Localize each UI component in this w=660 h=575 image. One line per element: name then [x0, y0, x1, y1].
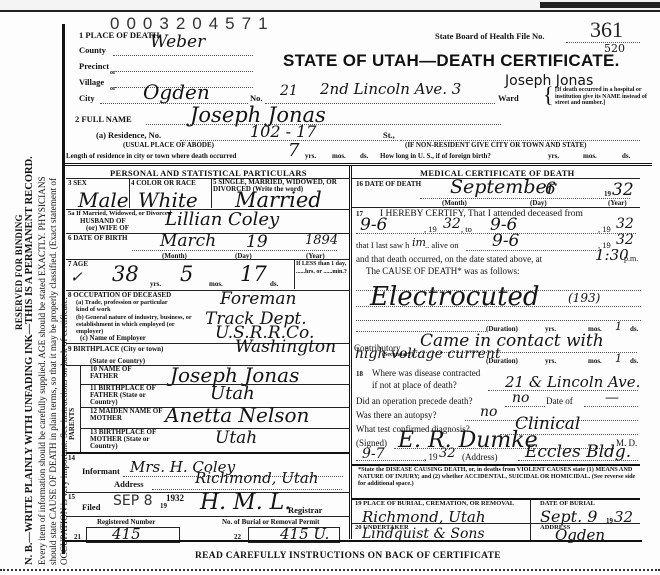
us-ds-label: ds. — [622, 152, 630, 160]
margin-warning-text: N. B.—WRITE PLAINLY WITH UNFADING INK—TH… — [24, 156, 35, 565]
last-saw-him[interactable]: im — [412, 236, 426, 249]
duration-ds-value-1[interactable]: 1 — [615, 320, 622, 333]
age-yrs-label: yrs. — [150, 280, 161, 288]
birthplace-sub-label: (State or Country) — [90, 357, 145, 365]
sign-year[interactable]: 32 — [439, 446, 456, 461]
length-years-value[interactable]: 7 — [288, 140, 299, 161]
sex-label: 3 SEX — [68, 179, 87, 187]
birthplace-label: 9 BIRTHPLACE (City or town) — [68, 345, 163, 353]
dob-month[interactable]: March — [160, 231, 216, 251]
race-label: 4 COLOR OR RACE — [131, 179, 196, 187]
alive-on-date[interactable]: 9-6 — [492, 231, 519, 251]
duration-mos-2: mos. — [588, 357, 602, 365]
street-value[interactable]: 2nd Lincoln Ave. 3 — [320, 80, 461, 98]
scan-top-edge — [0, 0, 660, 12]
section-divider — [62, 163, 652, 166]
rule — [294, 259, 295, 289]
length-yrs-label: yrs. — [305, 152, 316, 160]
rule — [66, 516, 349, 517]
cause-line-3 — [356, 320, 641, 321]
attend-to-year[interactable]: 32 — [616, 216, 634, 232]
mother-birthplace-label: 13 BIRTHPLACE OF MOTHER (State or Countr… — [90, 429, 170, 450]
street-label: St., — [383, 130, 395, 140]
age-years[interactable]: 38 — [112, 262, 139, 286]
filed-label: Filed — [82, 502, 100, 512]
cause-label: The CAUSE OF DEATH* was as follows: — [366, 266, 520, 276]
or-1: or — [110, 70, 116, 76]
age-label: 7 AGE — [68, 260, 88, 268]
county-line — [113, 55, 253, 56]
spouse-label-3: (or) WIFE OF — [86, 224, 129, 232]
informant-num: 14 — [68, 454, 75, 462]
contributory-value-2[interactable]: high voltage current — [355, 346, 501, 362]
rule — [530, 498, 531, 540]
attend-to-year-prefix: , 19 — [598, 224, 611, 234]
dob-year[interactable]: 1894 — [305, 233, 338, 248]
alive-on-label: .. alive on — [425, 240, 459, 250]
certificate-title: STATE OF UTAH—DEATH CERTIFICATE. — [283, 51, 620, 71]
filed-num: 15 — [68, 493, 75, 501]
hospital-note: [If death occurred in a hospital or inst… — [555, 87, 647, 107]
mother-birthplace-value[interactable]: Utah — [215, 428, 257, 448]
occupation-a-label: (a) Trade, profession or particular kind… — [76, 299, 176, 313]
operation-line — [505, 406, 545, 407]
attend-from-year-prefix: , 19 — [424, 224, 437, 234]
brace: { — [543, 82, 554, 108]
death-certificate-page: RESERVED FOR BINDING N. B.—WRITE PLAINLY… — [0, 0, 660, 575]
us-yrs-label: yrs. — [548, 152, 559, 160]
nonresident-label: (IF NON-RESIDENT GIVE CITY OR TOWN AND S… — [405, 141, 586, 149]
autopsy-label: Was there an autopsy? — [356, 410, 437, 420]
footnote: *State the DISEASE CAUSING DEATH, or, in… — [358, 466, 641, 487]
county-label: County — [79, 45, 106, 55]
registrar-label: Registrar — [288, 505, 322, 515]
age-ds-label: ds. — [270, 280, 278, 288]
contracted-label-2: if not at place of death? — [372, 380, 457, 390]
filed-stamp: SEP 8 — [113, 493, 153, 509]
street-no-value[interactable]: 21 — [280, 83, 298, 99]
full-name-label: 2 FULL NAME — [75, 114, 132, 124]
date-of-label: Date of — [546, 396, 573, 406]
ward-label: Ward — [498, 93, 519, 103]
city-label: City — [79, 93, 95, 103]
cause-code: (193) — [568, 291, 600, 305]
or-2: or — [110, 86, 116, 92]
age-months[interactable]: 5 — [180, 262, 193, 286]
date-of-death-year[interactable]: 32 — [612, 180, 634, 200]
death-year-caption: (Year) — [608, 199, 627, 207]
attend-from-year[interactable]: 32 — [443, 216, 461, 232]
duration-label-2: (Duration) — [486, 357, 518, 365]
occupation-c-label: (c) Name of Employer — [80, 334, 146, 342]
us-label: How long in U. S., if of foreign birth? — [380, 152, 491, 160]
father-birthplace-label: 11 BIRTHPLACE OF FATHER (State or Countr… — [90, 385, 170, 406]
informant-address-label: Address — [114, 479, 144, 489]
signed-value[interactable]: E. R. Dumke — [398, 428, 538, 453]
occurred-meridiem: p.m. — [624, 254, 638, 263]
operation-value[interactable]: no — [512, 390, 529, 406]
death-month-caption: (Month) — [442, 199, 467, 207]
autopsy-value[interactable]: no — [480, 404, 497, 420]
date-of-death-day[interactable]: 6 — [545, 179, 556, 199]
rule — [66, 452, 349, 454]
age-check: ✓ — [70, 268, 83, 286]
father-label: 10 NAME OF FATHER — [90, 366, 146, 380]
file-no-value: 361 — [590, 17, 623, 43]
usual-abode-label: (USUAL PLACE OF ABODE) — [123, 141, 214, 149]
less-than-label: If LESS than 1 day, ......hrs. or ......… — [296, 260, 350, 276]
date-of-death-label: 16 DATE OF DEATH — [356, 180, 421, 188]
village-label: Village — [79, 77, 104, 87]
rule — [62, 540, 642, 542]
personal-heading: PERSONAL AND STATISTICAL PARTICULARS — [110, 168, 307, 178]
duration-ds-value-2[interactable]: 1 — [615, 352, 622, 365]
margin-instructions-1: Every item of information should be care… — [37, 176, 47, 565]
spouse-label-1: 5a If Married, Widowed, or Divorced — [68, 210, 171, 217]
occupation-a-value[interactable]: Foreman — [220, 289, 297, 309]
occupation-b-label: (b) General nature of industry, business… — [76, 314, 200, 335]
filed-year: 1932 — [166, 493, 184, 503]
date-of-value[interactable]: — — [605, 390, 619, 406]
length-ds-label: ds. — [360, 152, 368, 160]
rule — [352, 207, 640, 208]
informant-label: Informant — [82, 466, 120, 476]
contracted-label-1: Where was disease contracted — [372, 368, 480, 378]
occurred-label: and that death occurred, on the date sta… — [356, 254, 542, 264]
footer-instructions: READ CAREFULLY INSTRUCTIONS ON BACK OF C… — [195, 551, 501, 561]
mother-label: 12 MAIDEN NAME OF MOTHER — [90, 408, 170, 422]
attend-to-label: , to — [461, 224, 472, 234]
sign-date[interactable]: 9-7 — [362, 446, 385, 462]
father-birthplace-value[interactable]: Utah — [210, 383, 255, 404]
cause-value[interactable]: Electrocuted — [370, 282, 540, 312]
length-mos-label: mos. — [332, 152, 346, 160]
sign-address-value[interactable]: Eccles Bldg. — [525, 442, 631, 462]
residence-label: (a) Residence, No. — [96, 130, 161, 140]
dob-label: 6 DATE OF BIRTH — [68, 234, 127, 242]
length-residence-label: Length of residence in city or town wher… — [66, 152, 236, 160]
occupation-heading: 8 OCCUPATION OF DECEASED — [68, 291, 171, 299]
rule — [129, 178, 130, 208]
date-of-death-month[interactable]: September — [450, 176, 556, 198]
residence-value[interactable]: 102 - 17 — [250, 122, 316, 141]
burial-date-label: DATE OF BURIAL — [540, 500, 595, 507]
contracted-num: 18 — [356, 370, 363, 378]
rule — [80, 365, 81, 452]
operation-label: Did an operation precede death? — [356, 396, 472, 406]
filed-year-prefix: 19 — [160, 502, 167, 510]
certify-text: I HEREBY CERTIFY, That I attended deceas… — [380, 209, 583, 219]
dob-day[interactable]: 19 — [246, 232, 268, 252]
informant-address-value[interactable]: Richmond, Utah — [195, 469, 318, 487]
contracted-value[interactable]: 21 & Lincoln Ave. — [505, 373, 640, 391]
street-no-label: No. — [250, 93, 263, 103]
city-value[interactable]: Ogden — [143, 80, 210, 104]
spouse-value[interactable]: Lillian Coley — [165, 209, 279, 230]
attend-from-date[interactable]: 9-6 — [360, 215, 387, 235]
death-day-caption: (Day) — [530, 199, 547, 207]
date-of-death-year-prefix: 19 — [604, 190, 611, 198]
rule — [211, 178, 212, 208]
burial-place-label: 19 PLACE OF BURIAL, CREMATION, OR REMOVA… — [355, 500, 525, 507]
form-left-border — [62, 24, 65, 554]
parents-label: PARENTS — [68, 408, 76, 440]
registrar-signature[interactable]: H. M. L. — [200, 490, 291, 515]
duration-ds-2: ds. — [630, 357, 638, 365]
age-days[interactable]: 17 — [240, 262, 267, 286]
margin-instructions-2: should state CAUSE OF DEATH in plain ter… — [48, 178, 58, 565]
mother-value[interactable]: Anetta Nelson — [165, 403, 309, 427]
sign-year-prefix: , 19 — [424, 452, 438, 462]
margin-binding-text: RESERVED FOR BINDING — [14, 214, 24, 330]
county-value[interactable]: Weber — [150, 32, 205, 52]
place-of-death-heading: 1 PLACE OF DEATH — [79, 30, 160, 40]
duration-ds-1: ds. — [630, 325, 638, 333]
date-of-line — [584, 406, 638, 407]
precinct-label: Precinct — [79, 61, 109, 71]
center-divider — [349, 166, 352, 539]
sign-address-label: (Address) — [462, 452, 498, 462]
precinct-line — [116, 71, 253, 72]
age-mos-label: mos. — [209, 280, 223, 288]
last-saw-label: that I last saw h — [356, 240, 409, 250]
birthplace-value[interactable]: Washington — [235, 337, 336, 357]
duration-yrs-2: yrs. — [545, 357, 556, 365]
file-no-label: State Board of Health File No. — [435, 31, 545, 41]
alive-on-line — [466, 250, 596, 251]
scan-bottom-edge — [0, 569, 660, 575]
us-mos-label: mos. — [583, 152, 597, 160]
